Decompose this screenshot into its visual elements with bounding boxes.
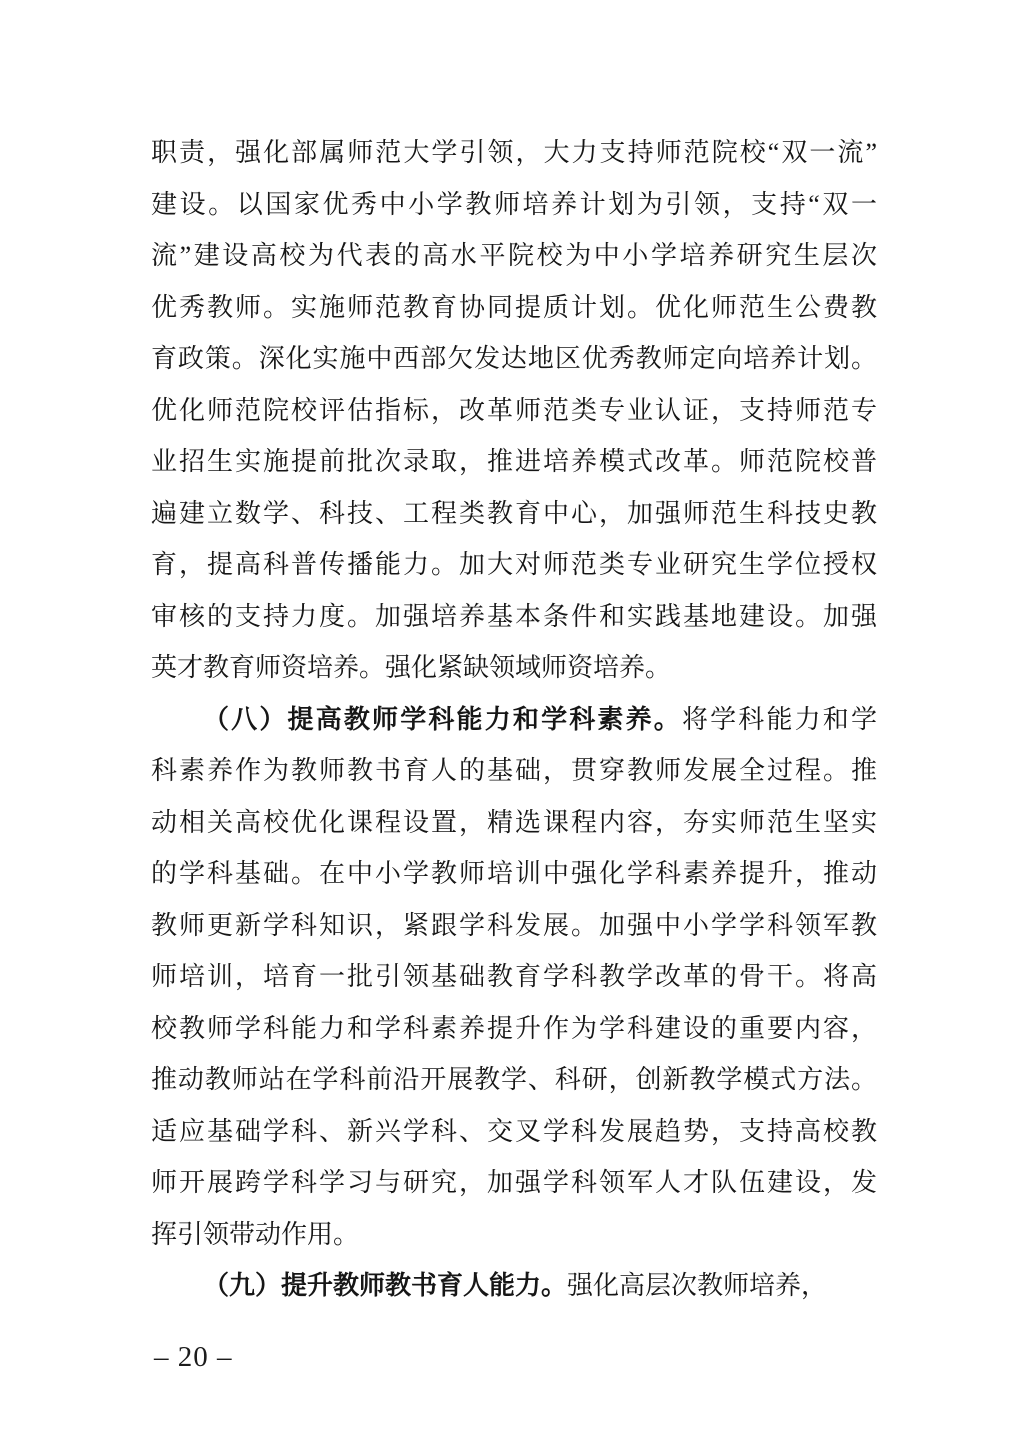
text-line: 师培训，培育一批引领基础教育学科教学改革的骨干。将高 xyxy=(151,951,877,1003)
text-line: 师开展跨学科学习与研究，加强学科领军人才队伍建设，发 xyxy=(151,1157,877,1209)
page-number: – 20 – xyxy=(154,1341,233,1374)
document-page: 职责，强化部属师范大学引领，大力支持师范院校“双一流” 建设。以国家优秀中小学教… xyxy=(0,0,1024,1448)
text-line: 审核的支持力度。加强培养基本条件和实践基地建设。加强 xyxy=(151,591,877,643)
text-line: 流”建设高校为代表的高水平院校为中小学培养研究生层次 xyxy=(151,230,877,282)
text-line-paragraph-end: 挥引领带动作用。 xyxy=(151,1209,877,1261)
text-line: 科素养作为教师教书育人的基础，贯穿教师发展全过程。推 xyxy=(151,745,877,797)
section-9-heading: （九）提升教师教书育人能力。 xyxy=(203,1271,567,1300)
text-line-paragraph-end: 英才教育师资培养。强化紧缺领域师资培养。 xyxy=(151,642,877,694)
text-line: 职责，强化部属师范大学引领，大力支持师范院校“双一流” xyxy=(151,127,877,179)
body-text: 职责，强化部属师范大学引领，大力支持师范院校“双一流” 建设。以国家优秀中小学教… xyxy=(151,127,877,1312)
text-line: 建设。以国家优秀中小学教师培养计划为引领，支持“双一 xyxy=(151,179,877,231)
text-line-section-8-start: （八）提高教师学科能力和学科素养。将学科能力和学 xyxy=(151,694,877,746)
text-line: 推动教师站在学科前沿开展教学、科研，创新教学模式方法。 xyxy=(151,1054,877,1106)
text-run: 强化高层次教师培养， xyxy=(567,1271,827,1300)
text-line: 遍建立数学、科技、工程类教育中心，加强师范生科技史教 xyxy=(151,488,877,540)
text-line: 育，提高科普传播能力。加大对师范类专业研究生学位授权 xyxy=(151,539,877,591)
text-run: 将学科能力和学 xyxy=(682,705,877,734)
text-line-section-9-start: （九）提升教师教书育人能力。强化高层次教师培养， xyxy=(151,1260,877,1312)
text-line: 优秀教师。实施师范教育协同提质计划。优化师范生公费教 xyxy=(151,282,877,334)
text-line: 优化师范院校评估指标，改革师范类专业认证，支持师范专 xyxy=(151,385,877,437)
text-line: 教师更新学科知识，紧跟学科发展。加强中小学学科领军教 xyxy=(151,900,877,952)
section-8-heading: （八）提高教师学科能力和学科素养。 xyxy=(203,705,682,734)
text-line: 育政策。深化实施中西部欠发达地区优秀教师定向培养计划。 xyxy=(151,333,877,385)
text-line: 的学科基础。在中小学教师培训中强化学科素养提升，推动 xyxy=(151,848,877,900)
text-line: 校教师学科能力和学科素养提升作为学科建设的重要内容， xyxy=(151,1003,877,1055)
text-line: 适应基础学科、新兴学科、交叉学科发展趋势，支持高校教 xyxy=(151,1106,877,1158)
text-line: 业招生实施提前批次录取，推进培养模式改革。师范院校普 xyxy=(151,436,877,488)
text-line: 动相关高校优化课程设置，精选课程内容，夯实师范生坚实 xyxy=(151,797,877,849)
